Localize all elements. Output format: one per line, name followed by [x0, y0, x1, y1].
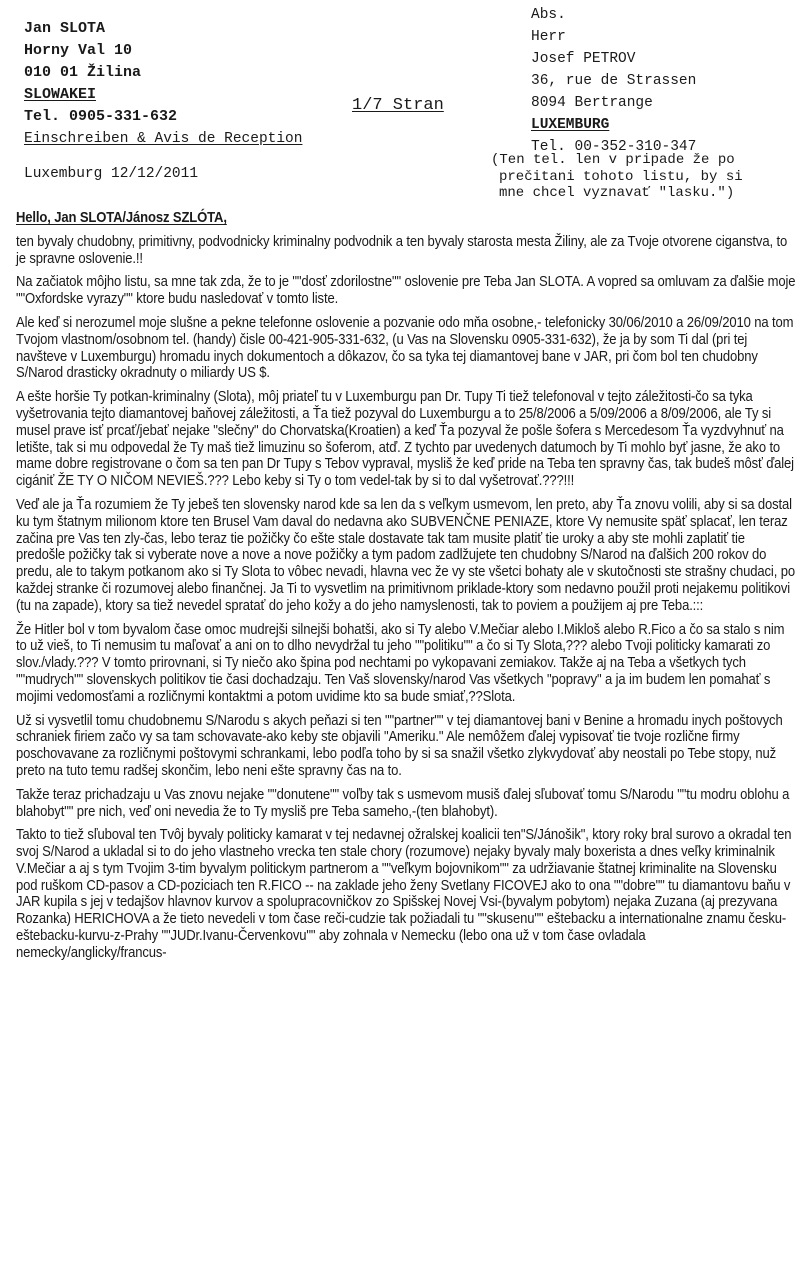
sender-street: Horny Val 10: [24, 40, 177, 62]
recipient-abs: Abs.: [531, 4, 696, 26]
paragraph-1: ten byvaly chudobny, primitivny, podvodn…: [16, 234, 796, 268]
paragraph-6: Že Hitler bol v tom byvalom čase omoc mu…: [16, 622, 796, 706]
phone-note-line1: (Ten tel. len v pripade že po: [491, 152, 743, 169]
paragraph-7: Už si vysvetlil tomu chudobnemu S/Narodu…: [16, 713, 796, 780]
sender-city: 010 01 Žilina: [24, 62, 177, 84]
recipient-city: 8094 Bertrange: [531, 92, 696, 114]
recipient-country: LUXEMBURG: [531, 114, 696, 136]
paragraph-4: A ešte horšie Ty potkan-kriminalny (Slot…: [16, 389, 796, 490]
sender-country: SLOWAKEI: [24, 84, 177, 106]
phone-note-line3: mne chcel vyznavať "lasku."): [491, 185, 743, 202]
recipient-name: Josef PETROV: [531, 48, 696, 70]
sender-address: Jan SLOTA Horny Val 10 010 01 Žilina SLO…: [24, 18, 177, 128]
paragraph-5: Veď ale ja Ťa rozumiem že Ty jebeš ten s…: [16, 497, 796, 615]
greeting: Hello, Jan SLOTA/Jánosz SZLÓTA,: [16, 210, 796, 227]
page-indicator: 1/7 Stran: [352, 96, 444, 115]
paragraph-9: Takto to tiež sľuboval ten Tvôj byvaly p…: [16, 827, 796, 961]
place-date: Luxemburg 12/12/2011: [24, 166, 198, 182]
sender-name: Jan SLOTA: [24, 18, 177, 40]
delivery-type: Einschreiben & Avis de Reception: [24, 131, 302, 147]
letter-body: Hello, Jan SLOTA/Jánosz SZLÓTA, ten byva…: [16, 210, 796, 969]
recipient-address: Abs. Herr Josef PETROV 36, rue de Strass…: [531, 4, 696, 158]
sender-tel: Tel. 0905-331-632: [24, 106, 177, 128]
paragraph-3: Ale keď si nerozumel moje slušne a pekne…: [16, 315, 796, 382]
paragraph-8: Takže teraz prichadzaju u Vas znovu neja…: [16, 787, 796, 821]
recipient-street: 36, rue de Strassen: [531, 70, 696, 92]
phone-note: (Ten tel. len v pripade že po prečitani …: [491, 152, 743, 202]
paragraph-2: Na začiatok môjho listu, sa mne tak zda,…: [16, 274, 796, 308]
recipient-salutation: Herr: [531, 26, 696, 48]
phone-note-line2: prečitani tohoto listu, by si: [491, 169, 743, 186]
